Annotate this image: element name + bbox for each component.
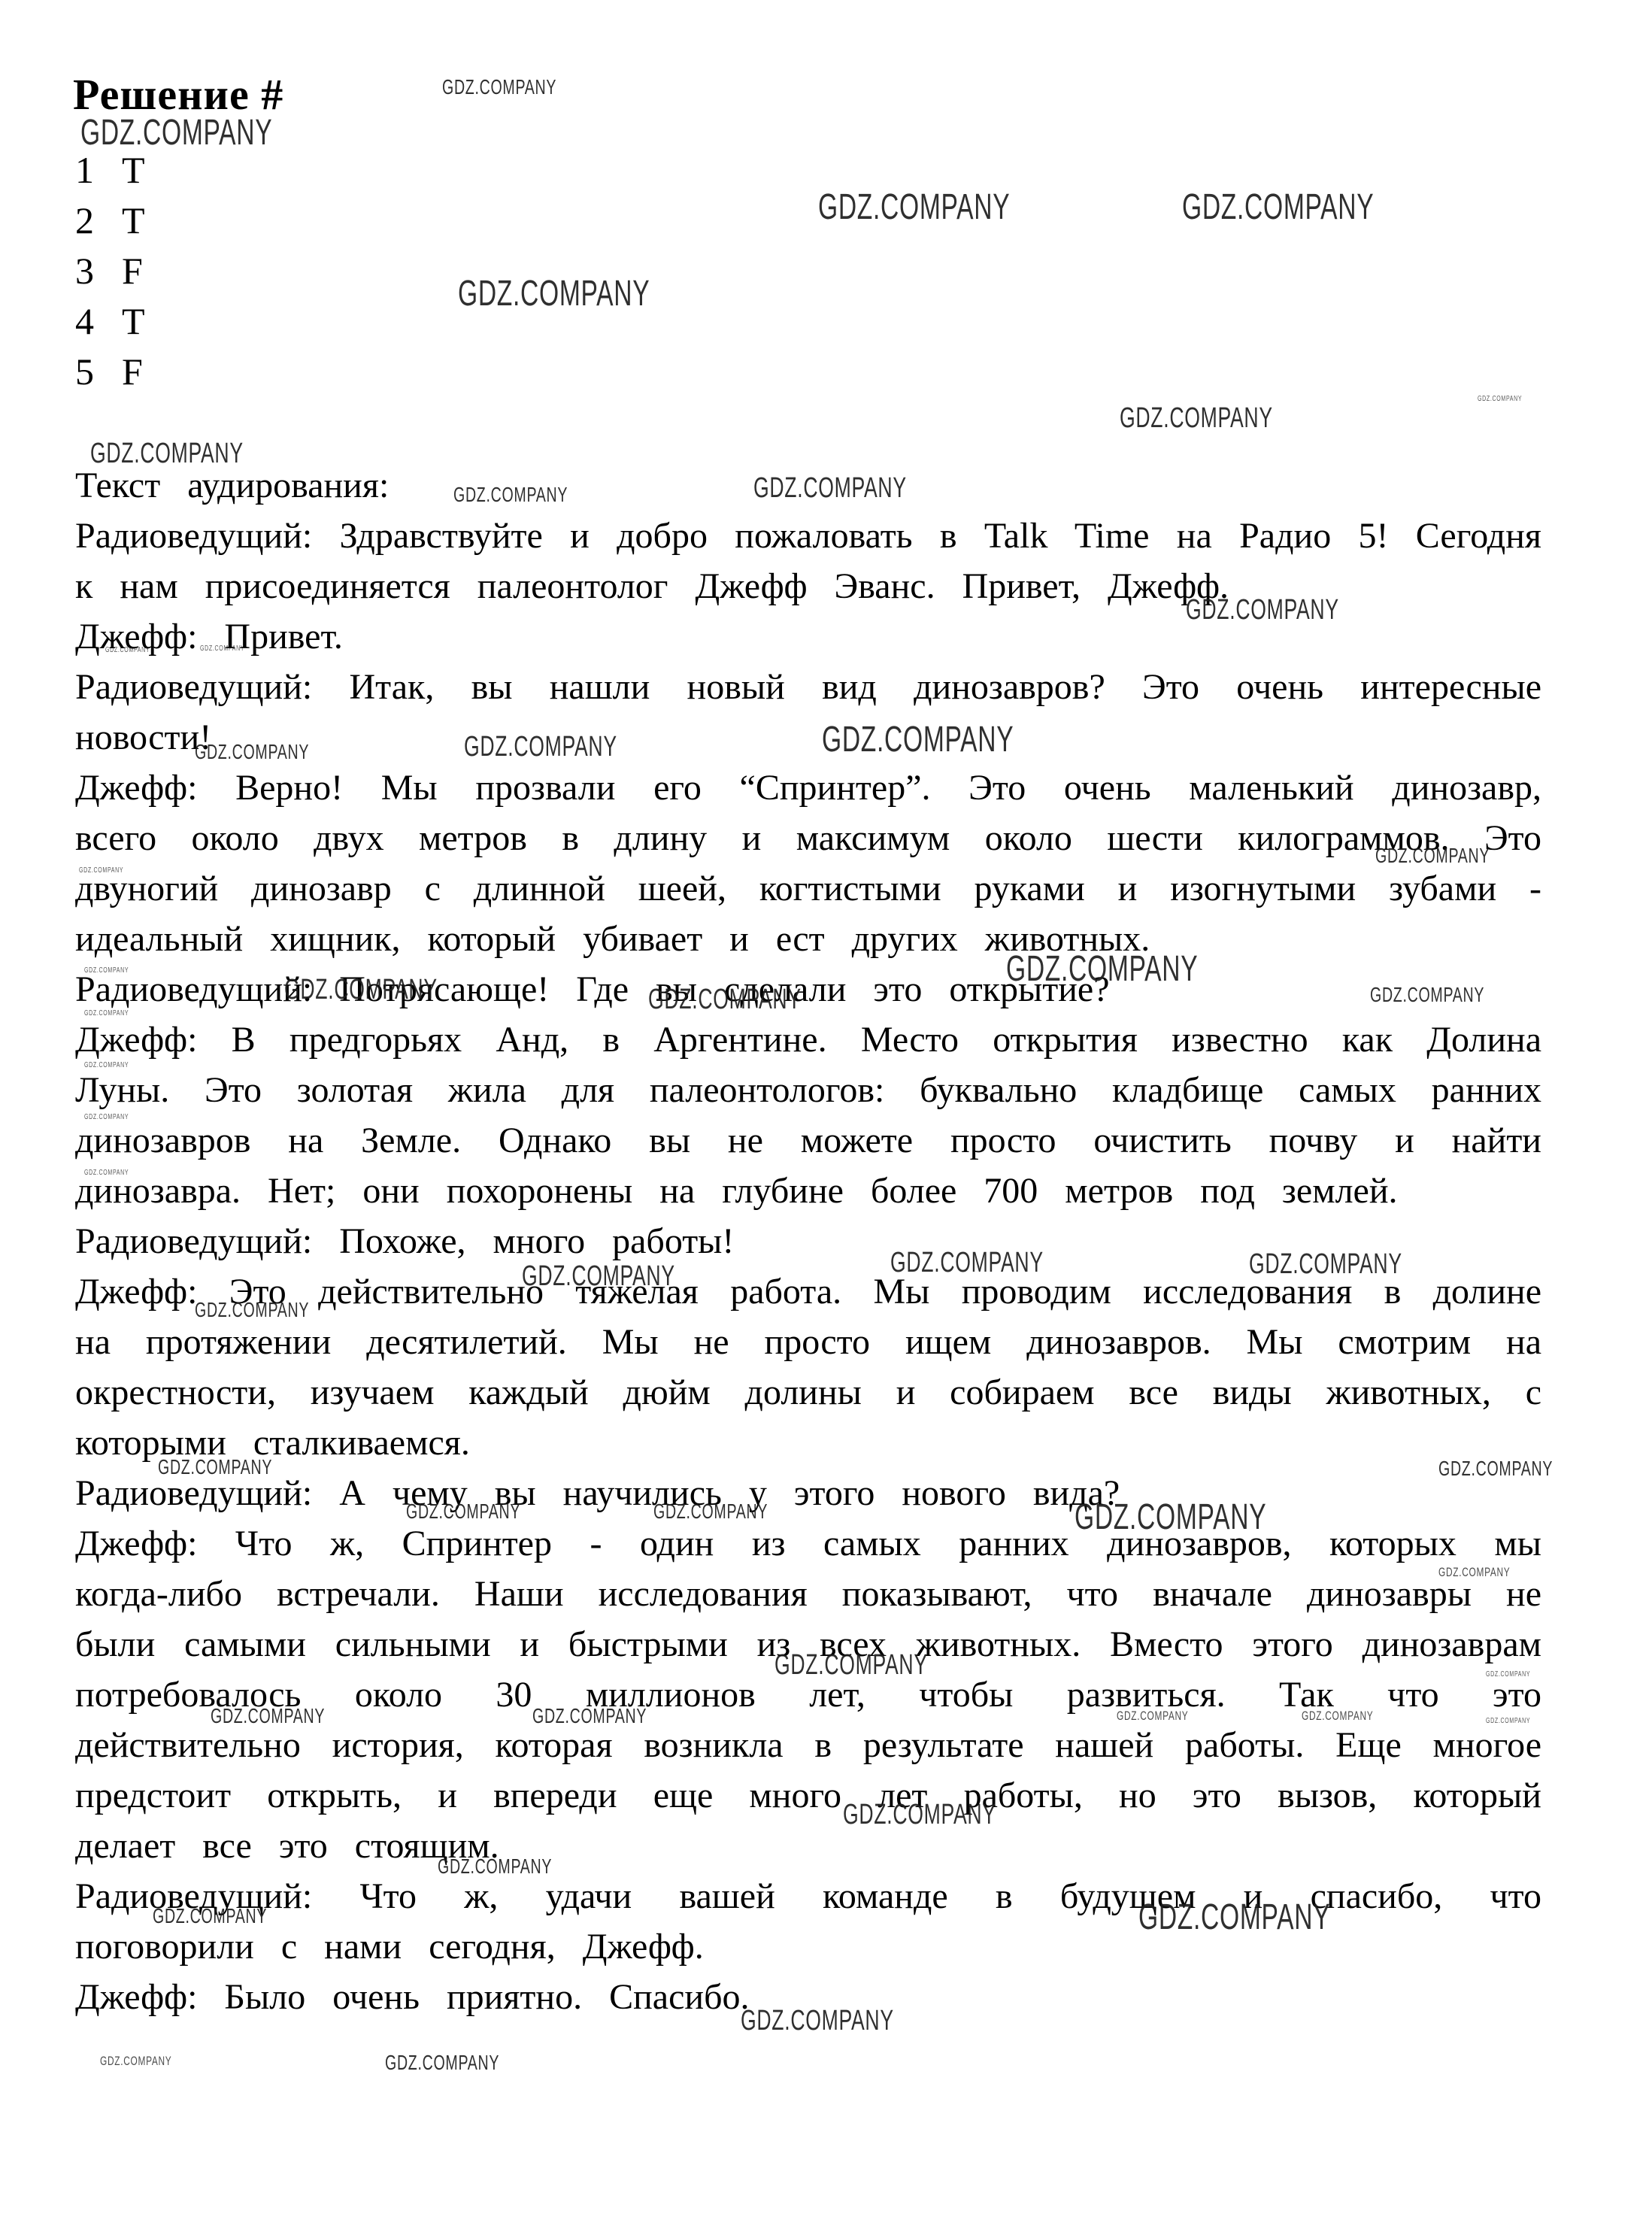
dialogue-paragraph: Джефф: Было очень приятно. Спасибо. xyxy=(75,1972,1541,2022)
speaker-name: Радиоведущий: xyxy=(75,516,340,556)
solution-page: Решение # 1T2T3F4T5F Текст аудирования: … xyxy=(0,0,1652,2229)
page-title: Решение # xyxy=(73,69,283,120)
speaker-name: Радиоведущий: xyxy=(75,667,350,707)
dialogue-paragraph: Радиоведущий: Потрясающе! Где вы сделали… xyxy=(75,964,1541,1014)
speaker-name: Джефф: xyxy=(75,1524,235,1563)
speaker-name: Радиоведущий: xyxy=(75,1876,359,1916)
answer-mark: T xyxy=(122,196,145,246)
answer-row: 4T xyxy=(75,296,145,347)
speaker-name: Джефф: xyxy=(75,1272,229,1312)
speaker-name: Джефф: xyxy=(75,617,224,657)
dialogue-paragraph: Радиоведущий: Что ж, удачи вашей команде… xyxy=(75,1871,1541,1972)
dialogue-paragraph: Радиоведущий: А чему вы научились у этог… xyxy=(75,1468,1541,1518)
speaker-name: Джефф: xyxy=(75,1977,224,2017)
audio-transcript: Текст аудирования: Радиоведущий: Здравст… xyxy=(75,460,1541,2022)
answer-number: 1 xyxy=(75,145,122,196)
gdz-company-watermark: GDZ.COMPANY xyxy=(100,2055,171,2067)
answer-number: 2 xyxy=(75,196,122,246)
transcript-label: Текст аудирования: xyxy=(75,460,1541,511)
answer-number: 5 xyxy=(75,347,122,397)
speaker-name: Радиоведущий: xyxy=(75,969,339,1009)
gdz-company-watermark: GDZ.COMPANY xyxy=(1120,404,1273,432)
answer-mark: T xyxy=(122,296,145,347)
answer-number: 4 xyxy=(75,296,122,347)
speaker-name: Радиоведущий: xyxy=(75,1221,339,1261)
dialogue-paragraph: Джефф: В предгорьях Анд, в Аргентине. Ме… xyxy=(75,1014,1541,1216)
dialogue-paragraph: Джефф: Это действительно тяжелая работа.… xyxy=(75,1266,1541,1468)
answer-row: 3F xyxy=(75,246,145,296)
speaker-name: Джефф: xyxy=(75,768,235,808)
dialogue-paragraph: Радиоведущий: Здравствуйте и добро пожал… xyxy=(75,511,1541,611)
speaker-name: Радиоведущий: xyxy=(75,1473,339,1513)
answer-mark: F xyxy=(122,246,143,296)
answer-row: 5F xyxy=(75,347,145,397)
gdz-company-watermark: GDZ.COMPANY xyxy=(442,77,556,98)
gdz-company-watermark: GDZ.COMPANY xyxy=(385,2052,499,2073)
gdz-company-watermark: GDZ.COMPANY xyxy=(818,190,1010,226)
speaker-name: Джефф: xyxy=(75,1020,232,1060)
gdz-company-watermark: GDZ.COMPANY xyxy=(1182,190,1374,226)
dialogue-paragraph: Радиоведущий: Итак, вы нашли новый вид д… xyxy=(75,662,1541,763)
dialogue-paragraph: Джефф: Привет. xyxy=(75,611,1541,662)
dialogue-paragraph: Радиоведущий: Похоже, много работы! xyxy=(75,1216,1541,1266)
answer-mark: F xyxy=(122,347,143,397)
dialogue-paragraph: Джефф: Верно! Мы прозвали его “Спринтер”… xyxy=(75,763,1541,964)
answer-row: 1T xyxy=(75,145,145,196)
dialogue-paragraph: Джефф: Что ж, Спринтер - один из самых р… xyxy=(75,1518,1541,1871)
answer-row: 2T xyxy=(75,196,145,246)
gdz-company-watermark: GDZ.COMPANY xyxy=(458,276,650,312)
answers-list: 1T2T3F4T5F xyxy=(75,145,145,397)
answer-mark: T xyxy=(122,145,145,196)
gdz-company-watermark: GDZ.COMPANY xyxy=(1478,396,1522,403)
answer-number: 3 xyxy=(75,246,122,296)
